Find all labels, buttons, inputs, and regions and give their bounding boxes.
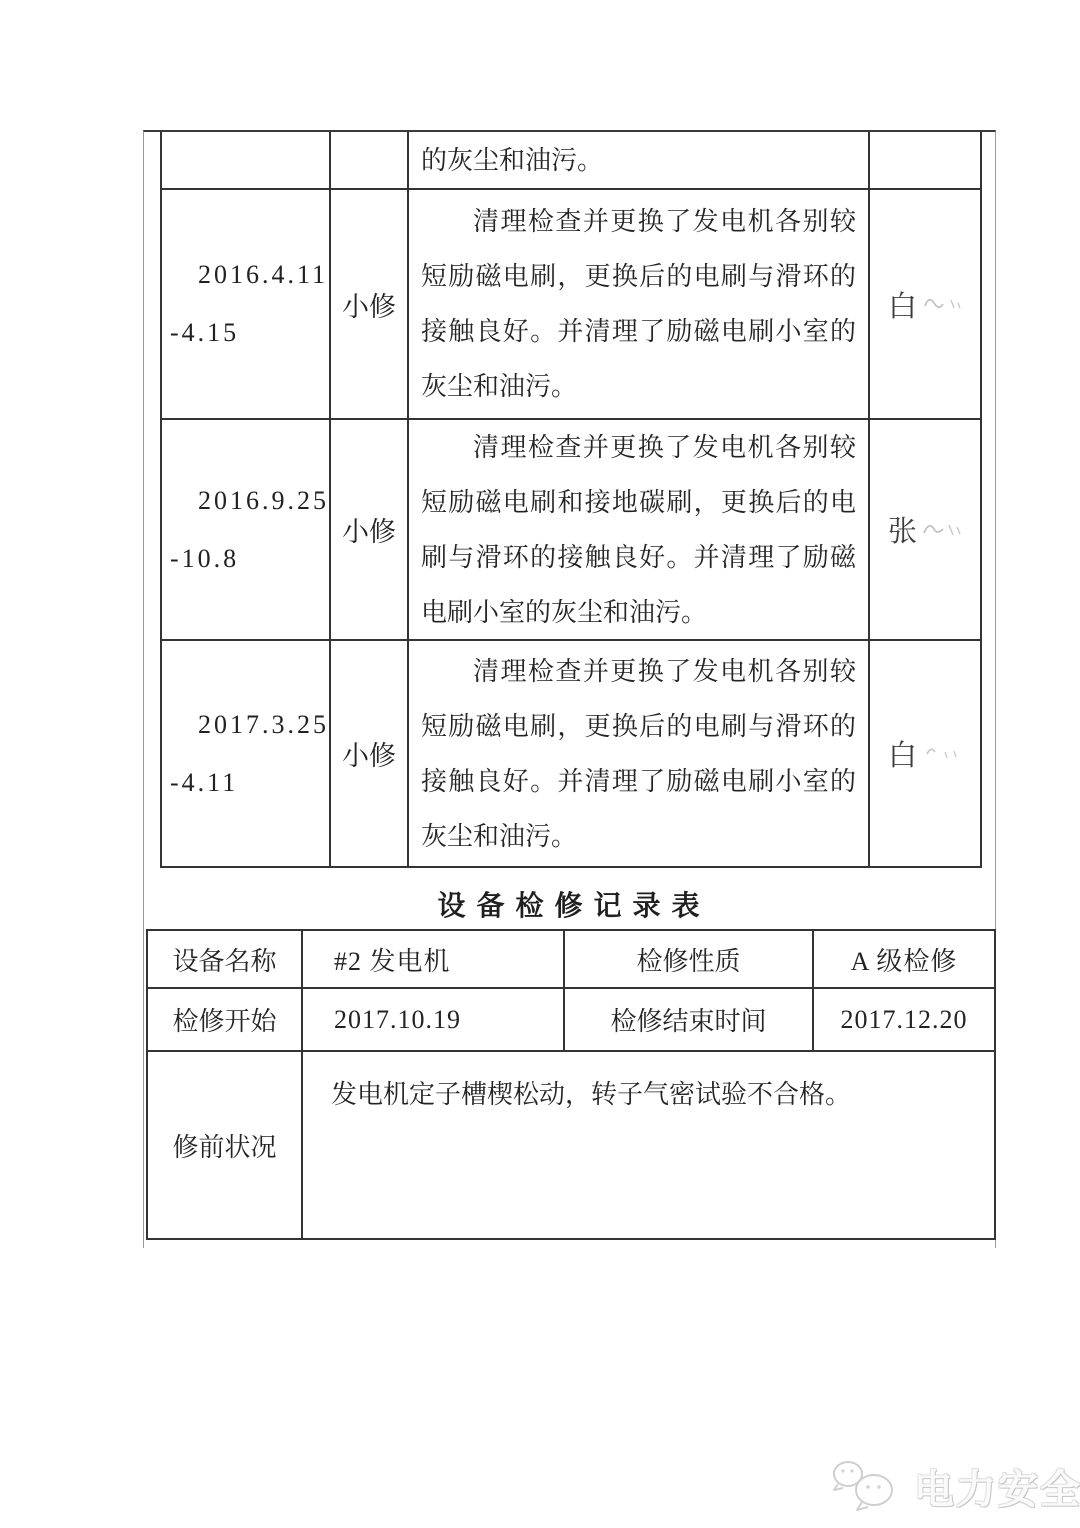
description-cell: 的灰尘和油污。: [409, 132, 870, 188]
table-row: 检修开始 2017.10.19 检修结束时间 2017.12.20: [148, 987, 994, 1050]
description-text: 清理检查并更换了发电机各别较短励磁电刷，更换后的电刷与滑环的接触良好。并清理了励…: [421, 644, 856, 864]
repair-type-cell: 小修: [331, 190, 409, 418]
table-row: 修前状况 发电机定子槽楔松动，转子气密试验不合格。: [148, 1050, 994, 1238]
repair-nature-label: 检修性质: [565, 931, 814, 987]
repair-history-table: 的灰尘和油污。 2016.4.11 -4.15 小修 清理检查并更换了发电机各别…: [160, 132, 982, 868]
repair-start-label: 检修开始: [148, 989, 303, 1050]
date-cell: [162, 132, 331, 188]
table-row: 2017.3.25 -4.11 小修 清理检查并更换了发电机各别较短励磁电刷，更…: [162, 639, 980, 866]
repair-end-value: 2017.12.20: [814, 989, 994, 1050]
signature: 白: [888, 284, 917, 325]
date-end: -10.8: [162, 539, 329, 579]
device-name-value: #2 发电机: [303, 931, 565, 987]
signature-cell: 张: [870, 420, 980, 639]
record-table-title: 设 备 检 修 记 录 表: [143, 884, 996, 924]
wechat-icon: [828, 1457, 902, 1515]
repair-type-cell: [331, 132, 409, 188]
signature-cell: 白: [870, 641, 980, 866]
description-text: 清理检查并更换了发电机各别较短励磁电刷和接地碳刷，更换后的电刷与滑环的接触良好。…: [421, 420, 856, 640]
signature-scribble: [921, 741, 965, 767]
table-row: 2016.4.11 -4.15 小修 清理检查并更换了发电机各别较短励磁电刷，更…: [162, 188, 980, 418]
table-row-continuation: 的灰尘和油污。: [162, 132, 980, 188]
signature: 张: [888, 509, 917, 550]
watermark: 电力安全生产: [828, 1455, 1080, 1517]
description-cell: 清理检查并更换了发电机各别较短励磁电刷，更换后的电刷与滑环的接触良好。并清理了励…: [409, 641, 870, 866]
equipment-repair-record-table: 设备名称 #2 发电机 检修性质 A 级检修 检修开始 2017.10.19 检…: [146, 929, 996, 1240]
date-cell: 2016.9.25 -10.8: [162, 420, 331, 639]
pre-repair-condition-label: 修前状况: [148, 1052, 303, 1238]
signature-cell: 白: [870, 190, 980, 418]
pre-repair-condition-value: 发电机定子槽楔松动，转子气密试验不合格。: [303, 1052, 994, 1238]
repair-type-cell: 小修: [331, 641, 409, 866]
signature-scribble: [921, 517, 965, 543]
repair-start-value: 2017.10.19: [303, 989, 565, 1050]
description-cell: 清理检查并更换了发电机各别较短励磁电刷和接地碳刷，更换后的电刷与滑环的接触良好。…: [409, 420, 870, 639]
date-start: 2016.9.25: [162, 481, 329, 521]
table-row: 2016.9.25 -10.8 小修 清理检查并更换了发电机各别较短励磁电刷和接…: [162, 418, 980, 639]
signature-scribble: [921, 291, 965, 317]
watermark-text: 电力安全生产: [914, 1458, 1080, 1515]
date-start: 2017.3.25: [162, 705, 329, 745]
date-cell: 2016.4.11 -4.15: [162, 190, 331, 418]
repair-nature-value: A 级检修: [814, 931, 994, 987]
date-start: 2016.4.11: [162, 255, 329, 295]
repair-type-cell: 小修: [331, 420, 409, 639]
description-text: 的灰尘和油污。: [421, 133, 856, 188]
date-end: -4.15: [162, 313, 329, 353]
description-cell: 清理检查并更换了发电机各别较短励磁电刷，更换后的电刷与滑环的接触良好。并清理了励…: [409, 190, 870, 418]
signature: 白: [888, 733, 917, 774]
signature-cell: [870, 132, 980, 188]
date-cell: 2017.3.25 -4.11: [162, 641, 331, 866]
repair-end-label: 检修结束时间: [565, 989, 814, 1050]
description-text: 清理检查并更换了发电机各别较短励磁电刷，更换后的电刷与滑环的接触良好。并清理了励…: [421, 194, 856, 414]
scanned-document-page: 的灰尘和油污。 2016.4.11 -4.15 小修 清理检查并更换了发电机各别…: [0, 0, 1080, 1528]
device-name-label: 设备名称: [148, 931, 303, 987]
date-end: -4.11: [162, 763, 329, 803]
table-row: 设备名称 #2 发电机 检修性质 A 级检修: [148, 931, 994, 987]
